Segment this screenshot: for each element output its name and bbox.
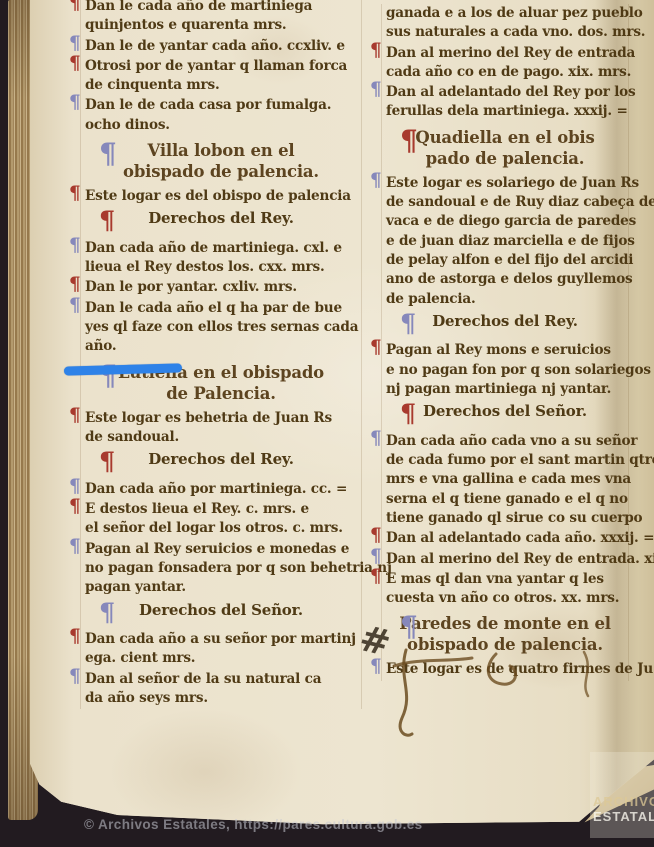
text-line: Derechos del Rey. [85, 450, 357, 470]
text-line: e de juan diaz marciella e de fijos [386, 232, 624, 251]
manuscript-paragraph: ¶E destos lieua el Rey. c. mrs. eel seño… [85, 500, 357, 539]
text-line: pagan yantar. [85, 578, 357, 597]
manuscript-paragraph: ¶E mas ql dan vna yantar q lescuesta vn … [386, 570, 624, 609]
pilcrow-mark: ¶ [400, 127, 418, 155]
text-line: no pagan fonsadera por q son behetria nj [85, 559, 357, 578]
pilcrow-mark: ¶ [370, 81, 381, 99]
manuscript-paragraph: ¶Dan al adelantado cada año. xxxij. = [386, 529, 624, 548]
manuscript-paragraph: ¶Dan al adelantado del Rey por losferull… [386, 83, 624, 122]
text-line: año. [85, 337, 357, 356]
text-line: Dan le cada año el q ha par de bue [85, 299, 357, 318]
text-line: Este logar es behetria de Juan Rs [85, 409, 357, 428]
manuscript-paragraph: ¶Dan cada año por martiniega. cc. = [85, 480, 357, 499]
pilcrow-mark: ¶ [69, 668, 80, 686]
pilcrow-mark: ¶ [69, 498, 80, 516]
pilcrow-mark: ¶ [370, 548, 381, 566]
text-line: de palencia. [386, 290, 624, 309]
text-line: de sandoual. [85, 428, 357, 447]
pilcrow-mark: ¶ [99, 450, 115, 476]
manuscript-paragraph: ¶Dan le de cada casa por fumalga.ocho di… [85, 96, 357, 135]
pilcrow-mark: ¶ [69, 185, 80, 203]
manuscript-paragraph: ¶Dan le cada año el q ha par de bueyes q… [85, 299, 357, 357]
text-line: quinjentos e quarenta mrs. [85, 16, 357, 35]
manuscript-paragraph: ¶Dan cada año a su señor por martinjega.… [85, 630, 357, 669]
pilcrow-mark: ¶ [69, 478, 80, 496]
text-line: Otrosi por de yantar q llaman forca [85, 57, 357, 76]
pilcrow-mark: ¶ [69, 94, 80, 112]
text-line: Pagan al Rey seruicios e monedas e [85, 540, 357, 559]
pilcrow-mark: ¶ [99, 601, 115, 627]
manuscript-heading: ¶Derechos del Señor. [85, 601, 357, 621]
text-line: Dan le por yantar. cxliv. mrs. [85, 278, 357, 297]
parchment-page: ¶Dan le cada año de martiniegaquinjentos… [30, 0, 654, 830]
text-line: cada año co en de pago. xix. mrs. [386, 63, 624, 82]
manuscript-heading: ¶Quadiella en el obispado de palencia. [386, 127, 624, 169]
pilcrow-mark: ¶ [69, 538, 80, 556]
pilcrow-mark: ¶ [370, 42, 381, 60]
manuscript-photo: ¶Dan le cada año de martiniegaquinjentos… [0, 0, 654, 847]
pilcrow-mark: ¶ [69, 0, 80, 13]
manuscript-heading: ¶Derechos del Señor. [386, 402, 624, 422]
text-line: ferullas dela martiniega. xxxij. = [386, 102, 624, 121]
pilcrow-mark: ¶ [69, 628, 80, 646]
manuscript-paragraph: ¶Pagan al Rey seruicios e monedas eno pa… [85, 540, 357, 598]
manuscript-paragraph: ¶Dan al señor de la su natural cada año … [85, 670, 357, 709]
text-line: de cinquenta mrs. [85, 76, 357, 95]
text-line: pado de palencia. [386, 148, 624, 169]
manuscript-paragraph: ¶Dan cada año cada vno a su señorde cada… [386, 432, 624, 528]
text-line: nj pagan martiniega nj yantar. [386, 380, 624, 399]
pen-flourish [388, 648, 598, 743]
manuscript-paragraph: ¶Dan al merino del Rey de entrada. xij. … [386, 550, 624, 569]
text-line: E mas ql dan vna yantar q les [386, 570, 624, 589]
text-line: el señor del logar los otros. c. mrs. [85, 519, 357, 538]
archive-stamp-line1: ARCHIVOS [593, 794, 654, 809]
text-line: Derechos del Señor. [386, 402, 624, 422]
text-line: yes ql faze con ellos tres sernas cada [85, 318, 357, 337]
pilcrow-mark: ¶ [69, 297, 80, 315]
text-line: Dan cada año cada vno a su señor [386, 432, 624, 451]
manuscript-heading: ¶Derechos del Rey. [85, 209, 357, 229]
text-line: Este logar es solariego de Juan Rs [386, 174, 624, 193]
text-line: lieua el Rey destos los. cxx. mrs. [85, 258, 357, 277]
text-line: Derechos del Rey. [85, 209, 357, 229]
watermark-text: © Archivos Estatales, https://pares.cult… [84, 817, 604, 832]
pilcrow-mark: ¶ [99, 140, 117, 168]
manuscript-heading: ¶Derechos del Rey. [85, 450, 357, 470]
pilcrow-mark: ¶ [69, 55, 80, 73]
pilcrow-mark: ¶ [99, 209, 115, 235]
text-line: Dan al merino del Rey de entrada. xij. = [386, 550, 624, 569]
text-line: Quadiella en el obis [386, 127, 624, 148]
text-line: Dan le de cada casa por fumalga. [85, 96, 357, 115]
text-line: tiene ganado ql sirue co su cuerpo [386, 509, 624, 528]
text-column-left: ¶Dan le cada año de martiniegaquinjentos… [80, 0, 362, 709]
pilcrow-mark: ¶ [69, 276, 80, 294]
text-line: ega. cient mrs. [85, 649, 357, 668]
manuscript-paragraph: ¶Pagan al Rey mons e seruiciose no pagan… [386, 341, 624, 399]
text-line: ganada e a los de aluar pez pueblo [386, 4, 624, 23]
manuscript-paragraph: ¶Dan le de yantar cada año. ccxliv. e [85, 37, 357, 56]
pilcrow-mark: ¶ [370, 172, 381, 190]
text-line: sus naturales a cada vno. dos. mrs. [386, 23, 624, 42]
manuscript-paragraph: ganada e a los de aluar pez pueblosus na… [386, 4, 624, 43]
pilcrow-mark: ¶ [400, 312, 416, 338]
text-line: Paredes de monte en el [386, 613, 624, 634]
manuscript-paragraph: ¶Dan cada año de martiniega. cxl. elieua… [85, 239, 357, 278]
manuscript-paragraph: ¶Este logar es del obispo de palencia [85, 187, 357, 206]
text-line: Dan al merino del Rey de entrada [386, 44, 624, 63]
text-line: mrs e vna gallina e cada mes vna [386, 470, 624, 489]
text-line: cuesta vn año co otros. xx. mrs. [386, 589, 624, 608]
text-line: vaca e de diego garcia de paredes [386, 212, 624, 231]
text-line: ocho dinos. [85, 116, 357, 135]
text-line: Dan cada año a su señor por martinj [85, 630, 357, 649]
pilcrow-mark: ¶ [69, 237, 80, 255]
text-line: de sandoual e de Ruy diaz cabeça de [386, 193, 624, 212]
pilcrow-mark: ¶ [69, 35, 80, 53]
text-line: e no pagan fon por q son solariegos [386, 361, 624, 380]
text-line: Dan al adelantado cada año. xxxij. = [386, 529, 624, 548]
pilcrow-mark: ¶ [370, 568, 381, 586]
text-line: Dan cada año por martiniega. cc. = [85, 480, 357, 499]
text-line: Dan al señor de la su natural ca [85, 670, 357, 689]
text-line: Derechos del Señor. [85, 601, 357, 621]
manuscript-paragraph: ¶Dan le cada año de martiniegaquinjentos… [85, 0, 357, 36]
manuscript-paragraph: ¶Otrosi por de yantar q llaman forcade c… [85, 57, 357, 96]
archive-stamp: ARCHIVOS ESTATALES [590, 752, 654, 838]
manuscript-paragraph: ¶Dan le por yantar. cxliv. mrs. [85, 278, 357, 297]
text-line: de Palencia. [85, 383, 357, 404]
text-line: obispado de palencia. [85, 161, 357, 182]
manuscript-heading: ¶Villa lobon en elobispado de palencia. [85, 140, 357, 182]
text-line: de cada fumo por el sant martin qtro [386, 451, 624, 470]
text-line: Pagan al Rey mons e seruicios [386, 341, 624, 360]
text-line: Derechos del Rey. [386, 312, 624, 332]
archive-stamp-line2: ESTATALES [593, 809, 654, 824]
manuscript-paragraph: ¶Dan al merino del Rey de entradacada añ… [386, 44, 624, 83]
manuscript-heading: ¶Derechos del Rey. [386, 312, 624, 332]
text-line: de pelay alfon e del fijo del arcidi [386, 251, 624, 270]
manuscript-paragraph: ¶Este logar es behetria de Juan Rsde san… [85, 409, 357, 448]
text-line: da año seys mrs. [85, 689, 357, 708]
text-line: Dan cada año de martiniega. cxl. e [85, 239, 357, 258]
pilcrow-mark: ¶ [69, 407, 80, 425]
text-line: Dan al adelantado del Rey por los [386, 83, 624, 102]
pilcrow-mark: ¶ [400, 402, 416, 428]
text-line: Dan le cada año de martiniega [85, 0, 357, 16]
text-line: Este logar es del obispo de palencia [85, 187, 357, 206]
text-column-right: ganada e a los de aluar pez pueblosus na… [381, 4, 629, 681]
pilcrow-mark: ¶ [400, 613, 418, 641]
text-line: Dan le de yantar cada año. ccxliv. e [85, 37, 357, 56]
pilcrow-mark: ¶ [370, 430, 381, 448]
text-line: ano de astorga e delos guyllemos [386, 270, 624, 289]
text-line: E destos lieua el Rey. c. mrs. e [85, 500, 357, 519]
pilcrow-mark: ¶ [370, 527, 381, 545]
text-line: serna el q tiene ganado e el q no [386, 490, 624, 509]
text-line: Villa lobon en el [85, 140, 357, 161]
pilcrow-mark: ¶ [370, 339, 381, 357]
manuscript-paragraph: ¶Este logar es solariego de Juan Rsde sa… [386, 174, 624, 309]
